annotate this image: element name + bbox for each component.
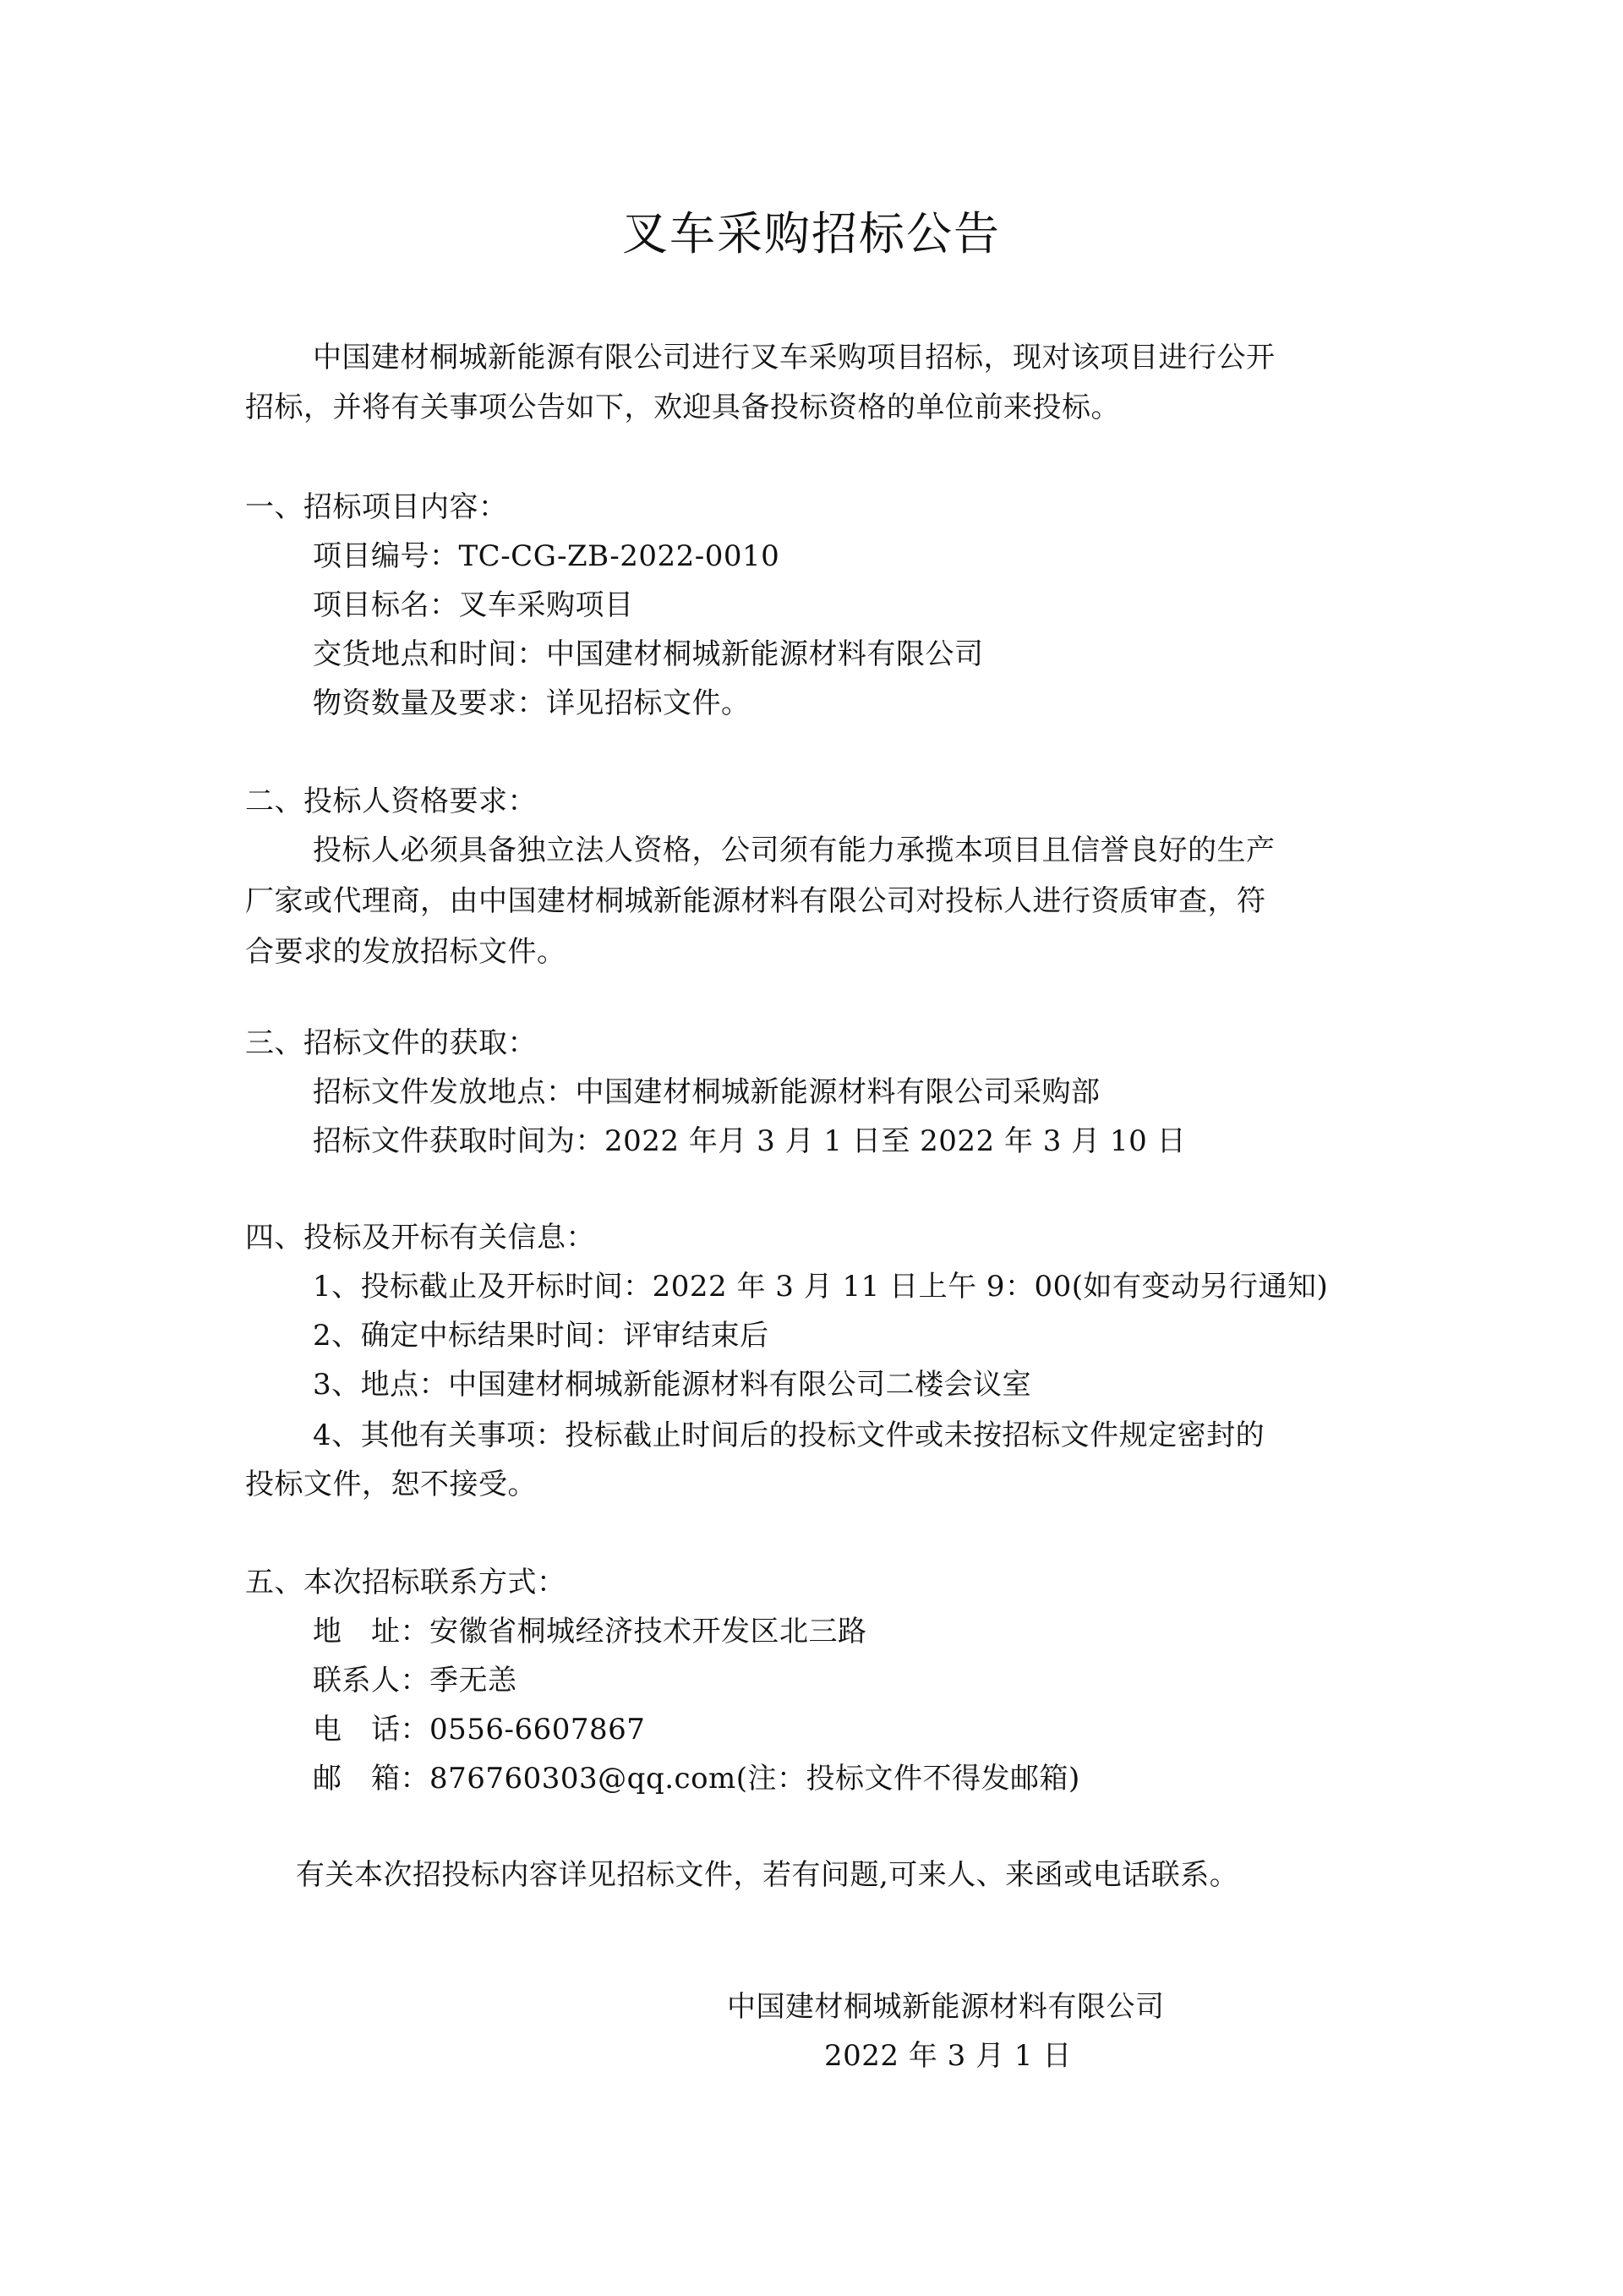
document-issue-time: 招标文件获取时间为：2022 年月 3 月 1 日至 2022 年 3 月 10… bbox=[313, 1124, 1186, 1158]
closing-note: 有关本次招投标内容详见招标文件，若有问题,可来人、来函或电话联系。 bbox=[296, 1858, 1238, 1892]
section-5-heading: 五、本次招标联系方式： bbox=[245, 1566, 566, 1599]
section-2-heading: 二、投标人资格要求： bbox=[245, 784, 537, 818]
contact-person: 联系人：季无恙 bbox=[313, 1664, 517, 1697]
bid-deadline: 1、投标截止及开标时间：2022 年 3 月 11 日上午 9：00(如有变动另… bbox=[313, 1270, 1328, 1304]
intro-line-2: 招标，并将有关事项公告如下，欢迎具备投标资格的单位前来投标。 bbox=[245, 391, 1120, 424]
contact-email: 邮 箱：876760303@qq.com(注：投标文件不得发邮箱) bbox=[313, 1762, 1080, 1796]
contact-address: 地 址：安徽省桐城经济技术开发区北三路 bbox=[313, 1615, 867, 1648]
contact-phone: 电 话：0556-6607867 bbox=[313, 1713, 645, 1747]
qualification-line-3: 合要求的发放招标文件。 bbox=[245, 935, 566, 969]
project-number: 项目编号：TC-CG-ZB-2022-0010 bbox=[313, 539, 779, 573]
document-issue-location: 招标文件发放地点：中国建材桐城新能源材料有限公司采购部 bbox=[313, 1075, 1101, 1109]
bid-opening-location: 3、地点：中国建材桐城新能源材料有限公司二楼会议室 bbox=[313, 1368, 1031, 1402]
material-requirements: 物资数量及要求：详见招标文件。 bbox=[313, 686, 751, 720]
intro-line-1: 中国建材桐城新能源有限公司进行叉车采购项目招标，现对该项目进行公开 bbox=[313, 341, 1276, 374]
section-4-heading: 四、投标及开标有关信息： bbox=[245, 1221, 595, 1255]
delivery-location: 交货地点和时间：中国建材桐城新能源材料有限公司 bbox=[313, 637, 984, 671]
other-matters: 4、其他有关事项：投标截止时间后的投标文件或未按招标文件规定密封的 bbox=[313, 1419, 1265, 1452]
signature-company: 中国建材桐城新能源材料有限公司 bbox=[727, 1990, 1165, 2024]
document-title: 叉车采购招标公告 bbox=[0, 207, 1623, 261]
qualification-line-2: 厂家或代理商，由中国建材桐城新能源材料有限公司对投标人进行资质审查，符 bbox=[245, 884, 1266, 918]
signature-date: 2022 年 3 月 1 日 bbox=[824, 2039, 1072, 2073]
other-matters-continued: 投标文件，恕不接受。 bbox=[245, 1468, 537, 1501]
project-name: 项目标名：叉车采购项目 bbox=[313, 588, 634, 622]
qualification-line-1: 投标人必须具备独立法人资格，公司须有能力承揽本项目且信誉良好的生产 bbox=[313, 834, 1276, 867]
section-1-heading: 一、招标项目内容： bbox=[245, 490, 508, 524]
result-time: 2、确定中标结果时间：评审结束后 bbox=[313, 1319, 769, 1353]
section-3-heading: 三、招标文件的获取： bbox=[245, 1026, 537, 1060]
